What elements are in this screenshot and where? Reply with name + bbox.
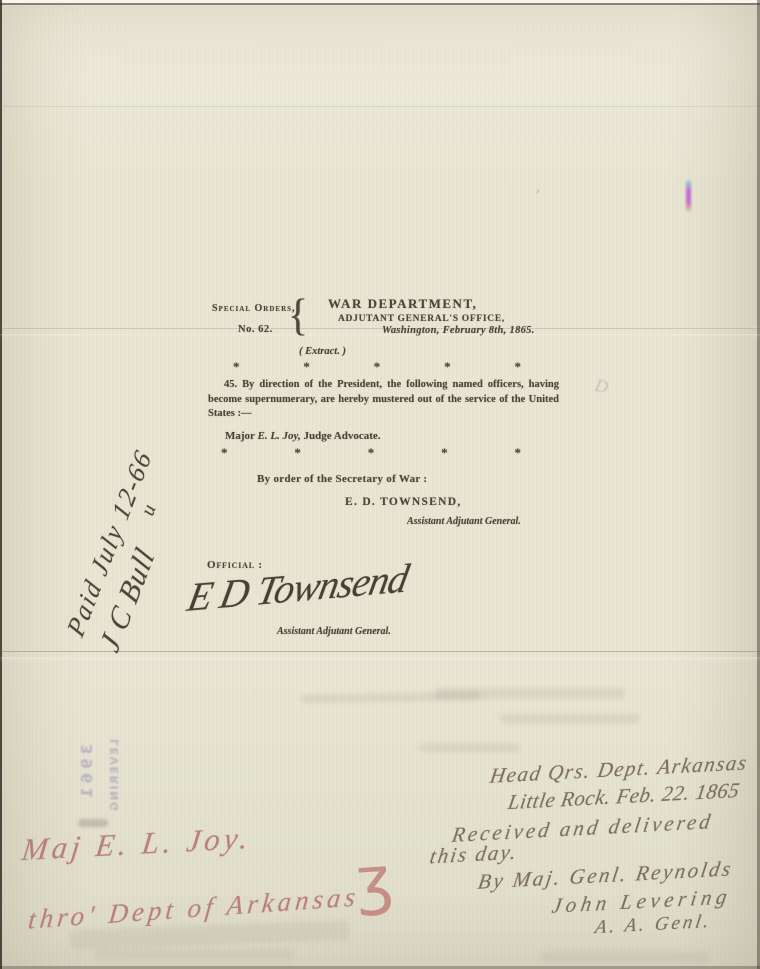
bleedthrough-mark [435,688,625,699]
paragraph-number: 45. [224,379,237,390]
by-order-line: By order of the Secretary of War : [257,473,427,485]
scan-edge-left [0,0,2,969]
order-number: No. 62. [238,324,273,335]
pink-tick-mark: › [535,183,542,198]
bleedthrough-mark [500,714,640,723]
war-department-heading: WAR DEPARTMENT, [328,296,477,312]
asterisk: * [303,359,310,375]
asterisk: * [515,359,522,375]
fold-crease-top [0,106,760,112]
bleedthrough-mark [95,950,295,959]
signatory-title: Assistant Adjutant General. [407,516,521,527]
officer-name: E. L. Joy, [257,430,300,442]
archive-stamp-text: LEVERING [108,739,121,812]
officer-line: Major E. L. Joy, Judge Advocate. [225,430,381,442]
paid-note-mark: u [137,501,162,519]
fold-crease-upper [0,328,760,334]
asterisk: * [368,445,375,461]
order-type-label: Special Orders, [212,303,296,314]
asterisk: * [233,359,240,375]
red-addressee-line: Maj E. L. Joy. [20,820,254,868]
asterisk-separator-top: * * * * * [233,359,521,375]
signatory-name: E. D. TOWNSEND, [345,496,462,508]
bleedthrough-mark [420,744,520,752]
brace-glyph: { [288,291,308,341]
asterisk: * [444,359,451,375]
asterisk: * [374,359,381,375]
dateline: Washington, February 8th, 1865. [382,325,535,336]
archive-stamp-number: 3961 [78,744,96,802]
magenta-scan-streak [686,180,691,212]
red-flourish-mark: ʒ [353,843,395,919]
asterisk-separator-bottom: * * * * * [221,445,521,461]
scan-edge-top-line [0,3,760,5]
officer-title: Judge Advocate. [301,430,381,442]
signature-title: Assistant Adjutant General. [277,626,391,637]
order-paragraph: 45.By direction of the President, the fo… [208,378,559,422]
adjutant-generals-office-line: ADJUTANT GENERAL'S OFFICE, [338,314,505,324]
scanned-document-page: Special Orders, No. 62. { WAR DEPARTMENT… [0,0,760,969]
ink-smudge [78,819,108,827]
asterisk: * [441,445,448,461]
receipt-this-day-line: this day. [428,840,520,870]
asterisk: * [221,445,228,461]
paragraph-text: By direction of the President, the follo… [208,379,559,419]
officer-rank: Major [225,430,257,442]
asterisk: * [515,445,522,461]
faint-pencil-letter: D [593,375,610,398]
bleedthrough-mark [540,952,710,962]
asterisk: * [294,445,301,461]
extract-label: ( Extract. ) [299,346,346,357]
